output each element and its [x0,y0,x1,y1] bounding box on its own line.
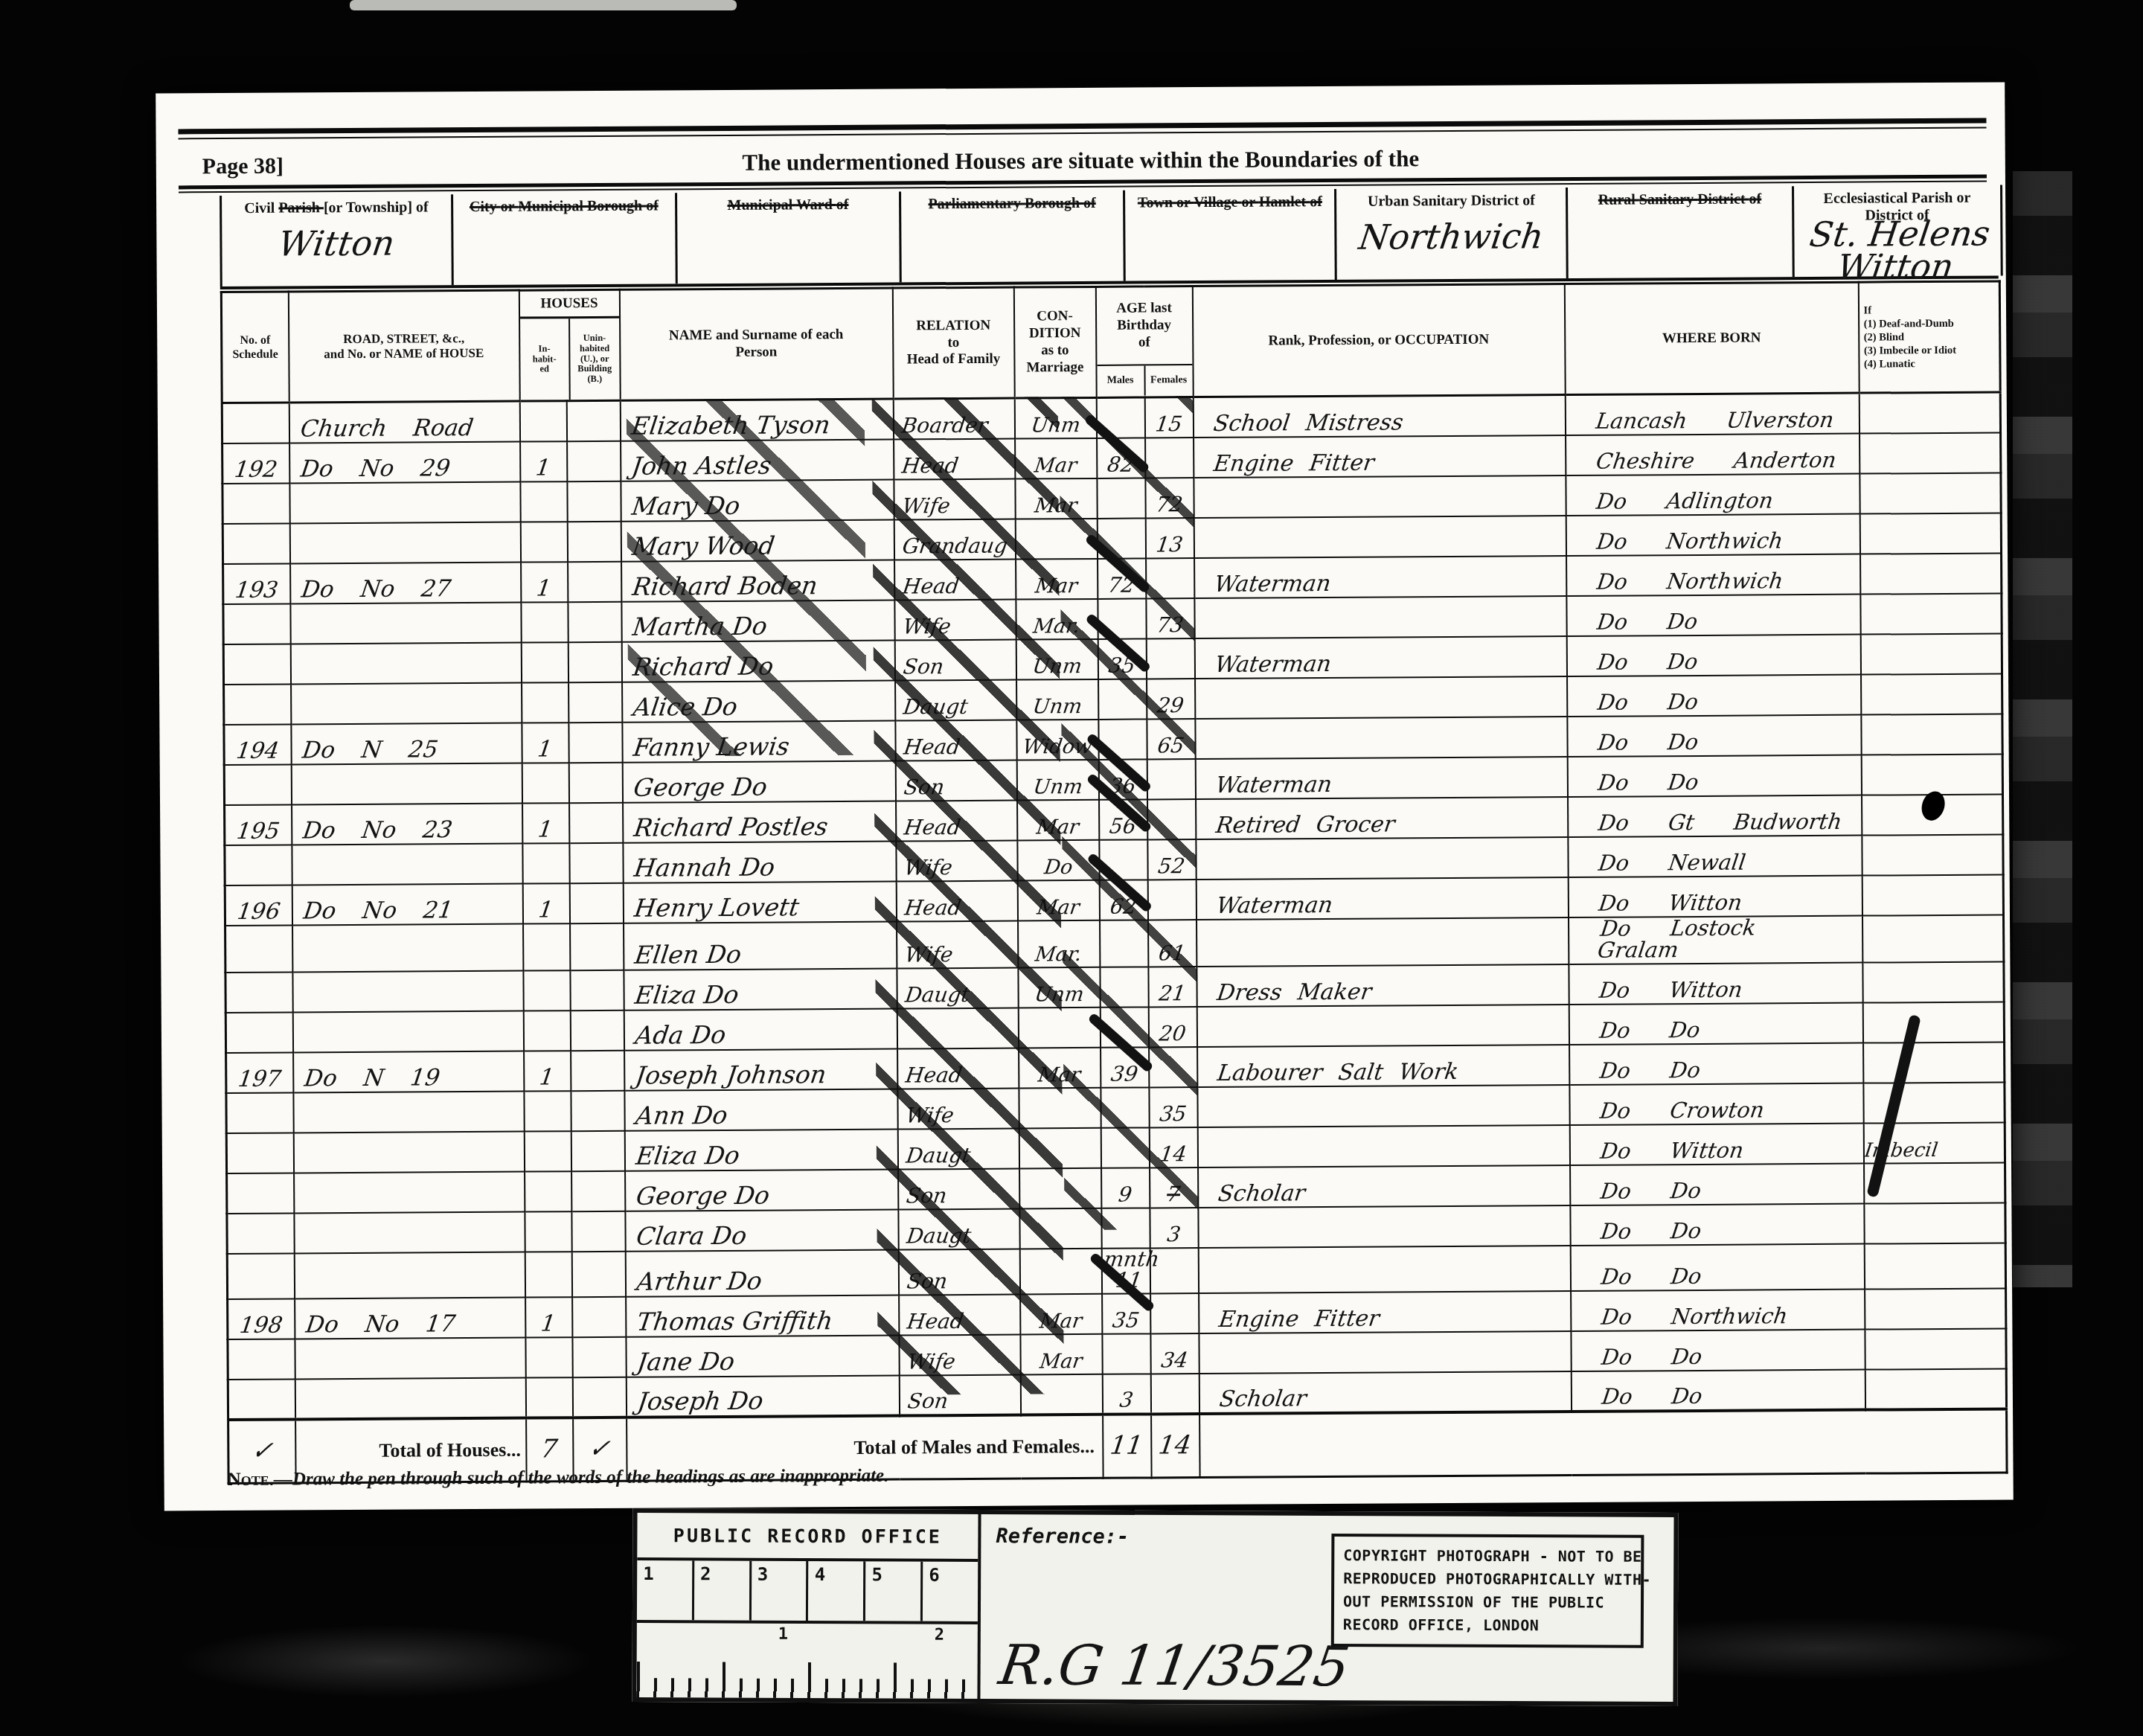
cell-inhabited [525,1377,572,1418]
cell-where-born: Do Do [1571,1369,1865,1411]
col-header-relation: RELATION to Head of Family [892,287,1014,399]
cell-name: Henry Lovett [623,881,896,923]
cell-age-male: 39 [1101,1047,1149,1087]
cell-age-male [1101,1127,1149,1168]
col-header-born: WHERE BORN [1564,282,1859,394]
cell-schedule: 196 [225,885,292,926]
cell-age-female [1150,1293,1199,1333]
cell-occupation: Waterman [1196,877,1568,920]
cell-age-male: 56 [1099,799,1147,839]
cell-uninhabited [568,762,622,802]
col-header-occupation: Rank, Profession, or OCCUPATION [1192,284,1565,397]
col-header-schedule: No. of Schedule [221,292,289,403]
cell-condition [1019,1127,1101,1168]
cell-occupation: Waterman [1195,757,1567,799]
cell-occupation [1197,1005,1569,1047]
cell-age-male [1101,1087,1149,1127]
cell-uninhabited [571,1211,625,1251]
ruler-inches: 123456 [637,1560,978,1624]
district-label: Civil Parish [or Township] of [228,199,445,217]
cell-schedule [227,1213,294,1254]
cell-where-born: Do Do [1567,674,1861,716]
cell-where-born: Do Do [1570,1203,1864,1245]
cell-inhabited [524,1091,571,1131]
scan-artifact-edge [2013,171,2072,1287]
cell-schedule [226,1092,293,1133]
cell-occupation: Scholar [1198,1165,1570,1208]
cell-schedule: 194 [224,724,291,765]
cell-name: Ada Do [624,1008,897,1050]
cell-age-female [1145,438,1194,478]
cell-name: Mary Wood [621,519,894,561]
district-cell: Rural Sanitary District of [1568,186,1794,278]
cell-infirmity [1862,915,2004,962]
cell-where-born: Do Gt Budworth [1568,795,1862,836]
scan-artifact-streak [350,0,737,10]
cell-relation: Head [894,438,1015,479]
col-header-males: Males [1097,365,1145,395]
cell-condition [1019,1248,1101,1294]
cell-occupation [1196,837,1568,880]
cell-occupation [1194,596,1566,638]
cell-schedule: 197 [226,1052,293,1093]
cell-condition: Widow [1016,719,1098,760]
col-header-age: AGE last Birthday of Males Females [1095,286,1193,398]
col-header-inhabited: In- habit- ed [520,318,571,400]
cell-age-female: 14 [1149,1127,1197,1168]
cell-name: Richard Do [621,640,894,682]
cell-age-male [1098,719,1147,759]
cell-relation: Wife [897,1088,1019,1129]
cell-age-male [1101,1208,1150,1248]
cell-road [290,642,521,684]
cell-name: Joseph Johnson [624,1048,897,1090]
cell-schedule [225,1012,292,1053]
footnote: Note.—Draw the pen through such of the w… [228,1466,889,1490]
pro-stamp: PUBLIC RECORD OFFICE 123456 12 Reference… [632,1508,1678,1706]
cell-relation: Wife [897,920,1018,968]
cell-age-female: 73 [1146,598,1194,638]
cell-infirmity [1864,1243,2005,1289]
cell-occupation: Waterman [1194,556,1566,598]
cell-uninhabited [568,641,621,682]
cell-road: Do No 27 [290,562,521,603]
cell-uninhabited [572,1296,626,1336]
cell-where-born: Do Do [1570,1243,1864,1290]
cell-name: Joseph Do [626,1375,899,1417]
age-group-title: AGE last Birthday of [1096,287,1192,366]
cell-road: Do N 25 [291,723,522,764]
cell-age-male [1098,679,1147,719]
cell-occupation [1197,1125,1569,1168]
cell-infirmity [1859,473,2001,513]
cell-uninhabited [571,1170,625,1211]
district-value-handwritten [901,223,1123,225]
cell-age-male [1097,518,1145,558]
ruler-inch-mark: 1 [637,1560,694,1620]
cell-road [290,602,521,644]
cell-relation: Grandaug [894,519,1015,560]
cell-uninhabited [567,481,621,521]
cell-inhabited [520,481,567,522]
cell-inhabited: 1 [520,441,567,481]
cell-schedule: 195 [225,804,292,845]
cell-road [291,763,522,804]
col-header-uninhabited: Unin- habited (U.), or Building (B.) [570,318,619,400]
table-header: No. of Schedule ROAD, STREET, &c., and N… [221,281,2000,403]
cell-occupation: Retired Grocer [1196,797,1568,839]
cell-infirmity [1862,1002,2004,1042]
cell-uninhabited [572,1377,626,1417]
cell-name: Mary Do [621,479,894,521]
cell-name: George Do [625,1169,898,1211]
district-value-handwritten: Northwich [1335,220,1569,254]
census-table: No. of Schedule ROAD, STREET, &c., and N… [220,280,2008,1484]
cell-where-born: Do Do [1571,1329,1865,1371]
cell-inhabited [525,1171,571,1211]
district-cell: Municipal Ward of [677,191,902,284]
cell-age-male: 36 [1098,759,1147,799]
cell-age-male: 3 [1102,1374,1150,1414]
cell-relation: Wife [896,840,1017,881]
cell-infirmity [1864,1162,2005,1203]
cell-road [292,1010,523,1052]
cell-age-male [1100,967,1148,1007]
census-photo: Page 38] The undermentioned Houses are s… [0,0,2143,1736]
district-value-handwritten [677,225,899,226]
cell-uninhabited [566,400,620,441]
cell-uninhabited [572,1336,626,1377]
cell-age-female: 35 [1149,1087,1197,1127]
cell-uninhabited [569,802,623,842]
cell-road [293,1091,524,1133]
cell-condition: Unm [1014,397,1096,438]
cell-age-male: 72 [1098,558,1146,598]
cell-road [294,1211,525,1253]
cell-relation: Head [896,800,1017,841]
cell-uninhabited [571,1090,624,1130]
cell-name: Thomas Griffith [626,1295,899,1336]
cell-inhabited: 1 [522,883,569,923]
cell-name: Jane Do [626,1335,899,1377]
cell-relation: Daugt [898,1208,1019,1249]
cell-where-born: Do Do [1569,1042,1863,1084]
cell-inhabited: 1 [522,723,568,763]
cell-age-male [1102,1333,1150,1374]
district-value-handwritten: Witton [220,227,454,261]
cell-occupation [1194,516,1566,558]
cell-infirmity [1860,553,2002,594]
cell-inhabited: 1 [522,803,569,843]
district-label: Municipal Ward of [683,196,893,215]
cell-where-born: Do Do [1567,755,1861,796]
cell-occupation: Waterman [1194,636,1566,679]
cell-road [295,1337,525,1379]
cell-age-male [1100,1007,1148,1047]
cell-age-female [1149,1047,1197,1087]
cell-uninhabited [570,923,624,970]
cell-schedule [224,684,291,725]
cell-condition: Unm [1016,679,1098,720]
cell-condition: Mar [1020,1293,1102,1334]
cell-relation: Son [894,639,1016,680]
cell-road [289,481,520,523]
cell-name: Alice Do [622,680,895,722]
cell-where-born: Do Northwich [1571,1289,1865,1330]
district-value-handwritten [453,225,675,227]
cell-age-male [1096,397,1144,438]
cell-age-female [1147,880,1196,920]
cell-occupation: School Mistress [1193,395,1565,438]
cell-infirmity [1861,673,2002,714]
cell-relation: Head [894,559,1016,600]
cell-infirmity: Imbecil [1863,1122,2005,1163]
cell-where-born: Do Northwich [1566,554,1860,595]
cell-schedule [228,1339,295,1380]
district-value-handwritten [1568,219,1792,220]
cell-occupation [1198,1205,1570,1248]
cell-infirmity [1862,961,2004,1002]
cell-age-male: 35 [1098,638,1146,679]
cell-age-female: 29 [1147,679,1195,719]
cell-infirmity [1865,1328,2006,1369]
cell-road: Do N 19 [293,1051,524,1092]
cell-age-female: 72 [1145,478,1194,518]
cell-condition [1019,1208,1101,1249]
cell-infirmity [1865,1288,2006,1329]
cell-relation: Head [897,1048,1019,1089]
cell-road [293,1131,524,1173]
page-title: The undermentioned Houses are situate wi… [156,141,2005,179]
cell-occupation [1198,1246,1570,1293]
cell-age-female: 65 [1147,719,1195,759]
cell-relation: Daugt [895,679,1016,720]
cell-inhabited [522,843,569,883]
cell-age-male: 62 [1099,880,1147,920]
cell-occupation: Scholar [1199,1371,1571,1414]
cell-where-born: Do Do [1566,594,1860,635]
copyright-text-line: OUT PERMISSION OF THE PUBLIC [1343,1590,1632,1615]
total-males-value: 11 [1103,1414,1152,1478]
cell-inhabited [521,602,568,642]
cell-schedule: 193 [223,563,290,604]
copyright-text-line: RECORD OFFICE, LONDON [1343,1613,1632,1638]
cell-age-female: 15 [1144,397,1193,438]
cell-name: George Do [622,760,895,802]
col-header-houses: HOUSES In- habit- ed Unin- habited (U.),… [519,289,620,401]
cell-inhabited [523,970,570,1010]
cell-relation: Daugt [897,967,1018,1008]
cell-condition: Unm [1016,759,1098,800]
cell-where-born: Do Witton [1568,875,1862,917]
district-header: Civil Parish [or Township] of Witton Cit… [220,185,2003,286]
cell-name: Richard Boden [621,560,894,601]
cell-condition: Mar. [1018,920,1100,967]
cell-age-female: 52 [1147,839,1196,880]
cell-name: Clara Do [625,1209,898,1251]
census-page: Page 38] The undermentioned Houses are s… [156,82,2014,1511]
district-cell: Civil Parish [or Township] of Witton [222,194,453,286]
cell-occupation: Dress Maker [1197,964,1569,1007]
cell-where-born: Do Do [1569,1002,1862,1044]
cell-condition [1020,1374,1102,1415]
cell-road [289,522,520,563]
cell-condition: Do [1017,839,1099,880]
cell-condition: Mar [1017,799,1099,840]
cell-infirmity [1861,754,2002,795]
cell-condition: Mar [1019,1047,1101,1088]
cell-occupation [1194,475,1566,518]
cell-condition: Mar [1016,558,1098,599]
district-value-handwritten [1125,222,1334,223]
cell-road [292,843,522,885]
cell-relation: Son [895,760,1016,801]
copyright-stamp: COPYRIGHT PHOTOGRAPH - NOT TO BEREPRODUC… [1331,1534,1644,1648]
cell-where-born: Do Adlington [1566,473,1859,515]
cell-where-born: Do Northwich [1566,513,1859,555]
cell-schedule [225,972,292,1013]
cell-condition: Unm [1016,638,1098,679]
cell-road: Do No 23 [292,803,522,845]
cell-where-born: Do Do [1570,1163,1864,1205]
pro-office-title: PUBLIC RECORD OFFICE [637,1513,978,1562]
cell-relation: Son [898,1168,1019,1209]
cell-occupation [1197,917,1569,967]
cell-schedule [227,1173,294,1214]
cell-relation: Head [895,720,1016,760]
cell-age-male [1097,478,1145,518]
cell-relation: Boarder [893,398,1014,439]
ruler-inch-mark: 2 [694,1560,752,1620]
cell-infirmity [1865,1368,2006,1409]
ruler-cm-mark: 1 [778,1625,788,1644]
cell-infirmity [1859,392,2000,433]
cell-road [294,1171,525,1213]
cell-inhabited [519,401,566,441]
cell-infirmity [1863,1082,2005,1123]
cell-where-born: Cheshire Anderton [1566,433,1859,475]
district-cell: Ecclesiastical Parish or District of St.… [1794,185,2001,277]
cell-schedule: 192 [222,443,289,484]
cell-inhabited: 1 [525,1297,572,1337]
cell-inhabited [520,522,567,562]
cell-where-born: Do Witton [1569,1123,1863,1165]
cell-name: Fanny Lewis [622,720,895,762]
cell-condition: Mar [1020,1333,1102,1374]
cell-occupation [1199,1331,1571,1374]
cell-road [292,923,523,972]
district-label: Parliamentary Borough of [907,195,1117,214]
footnote-label: Note. [228,1470,274,1490]
cell-road: Do No 29 [289,441,520,483]
cell-inhabited [523,923,570,970]
cell-uninhabited [568,601,621,641]
cell-name: Eliza Do [624,968,897,1010]
cell-schedule [225,845,292,885]
cell-infirmity [1863,1042,2005,1083]
cell-inhabited [521,642,568,682]
cell-uninhabited [568,682,622,722]
cell-schedule [228,1379,295,1420]
totals-empty [1199,1409,2008,1478]
cell-age-female: 20 [1148,1007,1197,1047]
cell-occupation: Engine Fitter [1199,1291,1571,1333]
cell-relation [897,1008,1018,1048]
cell-schedule [225,925,292,973]
col-header-condition: CON- DITION as to Marriage [1013,286,1096,398]
cell-where-born: Do Witton [1569,962,1862,1004]
district-cell: City or Municipal Borough of [453,193,678,285]
cell-age-female: 3 [1150,1208,1198,1248]
cell-age-female [1147,759,1195,799]
cell-schedule [226,1133,293,1173]
cell-relation: Head [896,880,1017,921]
cell-name: Arthur Do [625,1249,898,1296]
cell-age-male: 82 [1097,438,1145,478]
cell-uninhabited [567,441,621,481]
cell-schedule [222,523,289,564]
cell-condition: Mar [1015,478,1097,519]
cell-age-male: 9 [1101,1168,1150,1208]
total-females-value: 14 [1151,1414,1200,1478]
cell-inhabited [525,1211,571,1252]
cell-infirmity [1859,513,2001,554]
cell-age-female [1147,799,1196,839]
cell-occupation [1195,717,1567,759]
cell-condition: Mar [1017,880,1099,920]
reference-value: R.G 11/3525 [996,1638,1353,1694]
cell-inhabited [523,1010,570,1051]
cell-occupation: Engine Fitter [1194,435,1566,478]
footnote-text: —Draw the pen through such of the words … [274,1466,889,1490]
cell-age-female [1146,558,1194,598]
cell-condition [1018,1007,1100,1048]
cell-relation: Wife [894,478,1015,519]
cell-condition [1019,1087,1101,1128]
cell-schedule [224,764,291,805]
cell-name: John Astles [621,439,894,481]
cell-uninhabited [568,722,622,762]
cell-infirmity [1860,633,2002,674]
cell-occupation [1195,676,1567,719]
table-body: Church Road Elizabeth Tyson Boarder Unm … [222,392,2006,1420]
cell-age-female [1146,638,1194,679]
district-value-handwritten: St. Helens Witton [1790,217,2005,284]
cell-road [292,970,523,1012]
cell-name: Ellen Do [624,921,897,970]
cell-inhabited [522,682,568,723]
cell-infirmity [1862,874,2003,915]
district-cell: Parliamentary Borough of [901,190,1126,283]
cell-occupation: Labourer Salt Work [1197,1045,1569,1087]
houses-group-title: HOUSES [519,291,618,319]
cell-road [294,1252,525,1298]
cell-road: Do No 21 [292,883,522,925]
cell-schedule: 198 [228,1298,295,1339]
cell-condition: Mar. [1016,598,1098,639]
cell-age-male: mnth 11 [1101,1248,1150,1293]
cell-age-female [1150,1374,1199,1414]
district-cell: Town or Village or Hamlet of [1125,189,1337,281]
cell-age-female: 21 [1148,967,1197,1007]
cell-schedule [223,644,290,685]
cell-name: Ann Do [624,1089,897,1130]
col-header-name: NAME and Surname of each Person [619,288,893,400]
cell-name: Martha Do [621,600,894,641]
cell-age-female: 34 [1150,1333,1199,1374]
cell-relation: Son [899,1374,1020,1415]
cell-inhabited [524,1131,571,1171]
